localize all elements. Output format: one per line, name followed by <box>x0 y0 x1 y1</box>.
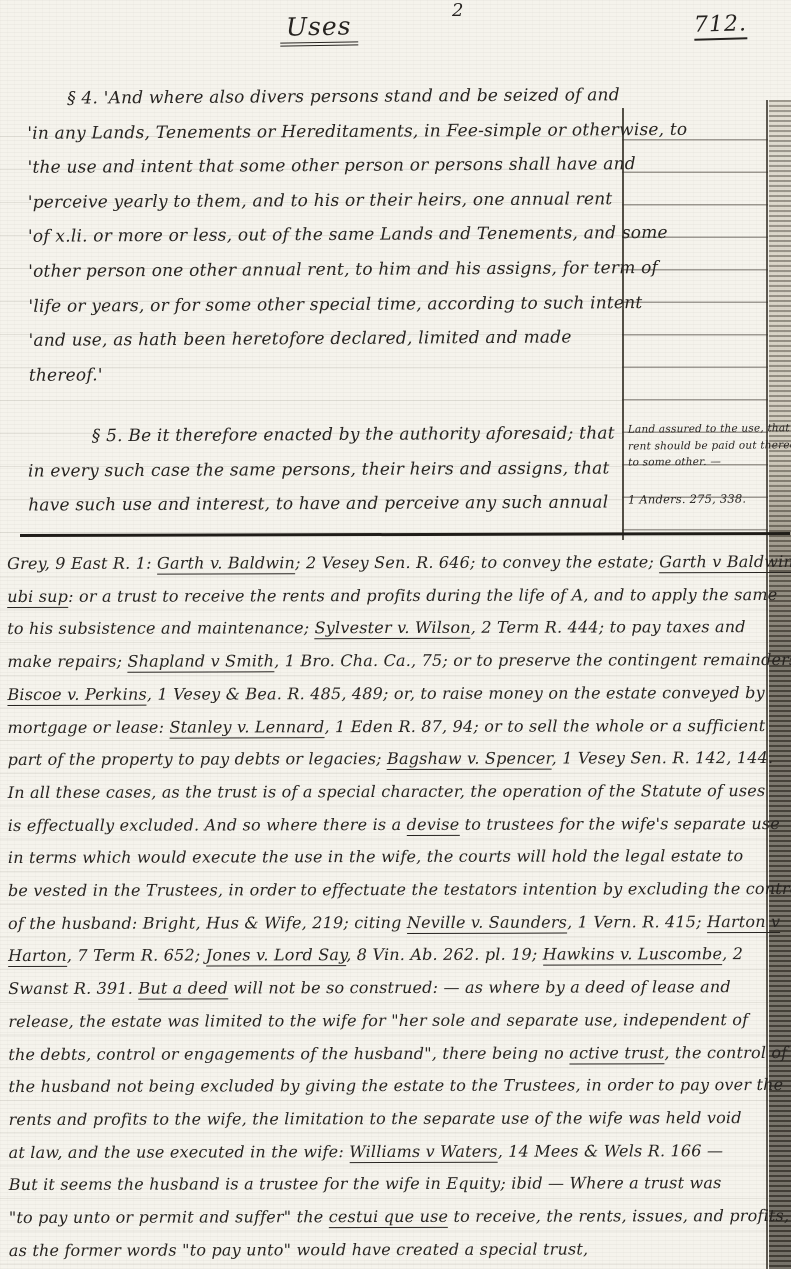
text-segment: at law, and the use executed in the wife… <box>9 1142 350 1162</box>
text-segment: ; 2 Vesey Sen. R. 646; to convey the est… <box>295 552 659 572</box>
text-line: But it seems the husband is a trustee fo… <box>9 1167 781 1202</box>
text-line: make repairs; Shapland v Smith, 1 Bro. C… <box>7 644 779 679</box>
underlined-citation: Harton v <box>707 912 780 933</box>
text-line: 'in any Lands, Tenements or Hereditament… <box>27 113 619 151</box>
underlined-citation: Sylvester v. Wilson <box>315 618 471 639</box>
text-line: 'the use and intent that some other pers… <box>27 147 619 185</box>
corner-mark: 2 <box>452 0 464 21</box>
text-line: as the former words "to pay unto" would … <box>9 1233 781 1268</box>
page-title: Uses <box>280 11 358 46</box>
text-line: "to pay unto or permit and suffer" the c… <box>9 1200 781 1235</box>
text-segment: In all these cases, as the trust is of a… <box>8 781 766 802</box>
text-segment: mortgage or lease: <box>8 717 170 736</box>
text-line: the husband not being excluded by giving… <box>8 1069 780 1104</box>
text-segment: to his subsistence and maintenance; <box>7 619 314 639</box>
text-segment: But it seems the husband is a trustee fo… <box>9 1174 722 1195</box>
text-segment: make repairs; <box>7 652 127 671</box>
text-segment: be vested in the Trustees, in order to e… <box>8 879 791 900</box>
text-line: is effectually excluded. And so where th… <box>8 808 780 843</box>
statute-section-4: § 4. 'And where also divers persons stan… <box>27 78 621 393</box>
text-line: Biscoe v. Perkins, 1 Vesey & Bea. R. 485… <box>7 677 779 712</box>
text-segment: of the husband: Bright, Hus & Wife, 219;… <box>8 913 407 933</box>
text-segment: , 14 Mees & Wels R. 166 — <box>498 1141 723 1161</box>
text-line: Grey, 9 East R. 1: Garth v. Baldwin; 2 V… <box>7 546 779 581</box>
underlined-citation: Jones v. Lord Say <box>206 946 347 967</box>
text-segment: "to pay unto or permit and suffer" the <box>9 1207 329 1227</box>
text-segment: Swanst R. 391. <box>8 979 138 998</box>
text-segment: , 7 Term R. 652; <box>67 946 206 965</box>
underlined-citation: devise <box>407 814 460 835</box>
text-line: at law, and the use executed in the wife… <box>9 1135 781 1170</box>
text-line: ubi sup: or a trust to receive the rents… <box>7 579 779 614</box>
text-line: 'of x.li. or more or less, out of the sa… <box>28 217 620 255</box>
text-segment: , 8 Vin. Ab. 262. pl. 19; <box>346 945 543 965</box>
text-segment: release, the estate was limited to the w… <box>8 1010 748 1031</box>
text-segment: to receive, the rents, issues, and profi… <box>448 1206 789 1226</box>
underlined-citation: Harton <box>8 946 67 967</box>
text-line: have such use and interest, to have and … <box>28 486 620 524</box>
text-line: Harton, 7 Term R. 652; Jones v. Lord Say… <box>8 938 780 973</box>
underlined-citation: Garth v. Baldwin <box>157 553 295 574</box>
underlined-citation: Stanley v. Lennard <box>169 717 324 738</box>
underlined-citation: Hawkins v. Luscombe <box>543 945 722 966</box>
text-segment: , 1 Vern. R. 415; <box>567 912 707 931</box>
text-segment: in terms which would execute the use in … <box>8 846 744 867</box>
underlined-citation: Garth v Baldwin <box>659 552 791 573</box>
text-segment: the debts, control or engagements of the… <box>8 1043 569 1063</box>
text-line: part of the property to pay debts or leg… <box>8 742 780 777</box>
text-segment: , 2 Term R. 444; to pay taxes and <box>471 617 746 637</box>
text-line: § 4. 'And where also divers persons stan… <box>27 78 619 116</box>
text-line: be vested in the Trustees, in order to e… <box>8 873 780 908</box>
text-line: thereof.' <box>29 355 621 393</box>
underlined-citation: Williams v Waters <box>349 1141 498 1162</box>
text-line: 'other person one other annual rent, to … <box>28 251 620 289</box>
text-line: 'perceive yearly to them, and to his or … <box>28 182 620 220</box>
text-line: In all these cases, as the trust is of a… <box>8 775 780 810</box>
underlined-citation: Biscoe v. Perkins <box>7 684 147 705</box>
text-line: release, the estate was limited to the w… <box>8 1004 780 1039</box>
text-segment: the husband not being excluded by giving… <box>8 1075 783 1096</box>
text-segment: rents and profits to the wife, the limit… <box>9 1108 742 1129</box>
text-line: mortgage or lease: Stanley v. Lennard, 1… <box>7 710 779 745</box>
statute-section-5: § 5. Be it therefore enacted by the auth… <box>28 416 621 523</box>
page-number: 712. <box>694 11 748 40</box>
text-segment: as the former words "to pay unto" would … <box>9 1239 588 1260</box>
text-line: the debts, control or engagements of the… <box>8 1037 780 1072</box>
text-segment: will not be so construed: — as where by … <box>228 977 731 997</box>
underlined-citation: active trust <box>569 1043 664 1064</box>
text-segment: , 1 Vesey & Bea. R. 485, 489; or, to rai… <box>147 683 765 704</box>
text-segment: , 1 Eden R. 87, 94; or to sell the whole… <box>324 716 765 736</box>
text-line: to his subsistence and maintenance; Sylv… <box>7 611 779 646</box>
text-line: rents and profits to the wife, the limit… <box>9 1102 781 1137</box>
underlined-citation: Neville v. Saunders <box>407 912 567 933</box>
commentary-section: Grey, 9 East R. 1: Garth v. Baldwin; 2 V… <box>7 546 781 1267</box>
text-line: in terms which would execute the use in … <box>8 840 780 875</box>
text-segment: to trustees for the wife's separate use <box>459 814 780 834</box>
text-line: in every such case the same persons, the… <box>28 451 620 489</box>
text-segment: part of the property to pay debts or leg… <box>8 749 387 769</box>
manuscript-page: 2 Uses 712. § 4. 'And where also divers … <box>0 0 791 1269</box>
text-segment: is effectually excluded. And so where th… <box>8 815 407 835</box>
text-segment: , 1 Vesey Sen. R. 142, 144. <box>552 748 774 768</box>
margin-note-citation: 1 Anders. 275, 338. <box>628 491 764 506</box>
underlined-citation: Shapland v Smith <box>127 651 274 672</box>
text-segment: : or a trust to receive the rents and pr… <box>68 585 777 606</box>
text-line: Swanst R. 391. But a deed will not be so… <box>8 971 780 1006</box>
text-segment: , the control of <box>664 1043 787 1062</box>
underlined-citation: ubi sup <box>7 587 68 608</box>
text-line: of the husband: Bright, Hus & Wife, 219;… <box>8 906 780 941</box>
text-line: 'life or years, or for some other specia… <box>28 286 620 324</box>
margin-note: Land assured to the use, thatrent should… <box>628 420 764 471</box>
text-segment: , 2 <box>722 945 743 964</box>
underlined-citation: cestui que use <box>329 1207 449 1228</box>
underlined-citation: But a deed <box>138 979 228 1000</box>
text-line: to some other. — <box>628 453 764 471</box>
text-line: rent should be paid out thereof <box>628 437 764 455</box>
margin-column <box>622 108 768 540</box>
text-line: § 5. Be it therefore enacted by the auth… <box>28 416 620 454</box>
text-segment: , 1 Bro. Cha. Ca., 75; or to preserve th… <box>274 650 791 670</box>
text-line: Land assured to the use, that <box>628 420 764 438</box>
underlined-citation: Bagshaw v. Spencer <box>387 749 552 770</box>
text-segment: Grey, 9 East R. 1: <box>7 554 157 573</box>
text-line: 'and use, as hath been heretofore declar… <box>29 320 621 358</box>
